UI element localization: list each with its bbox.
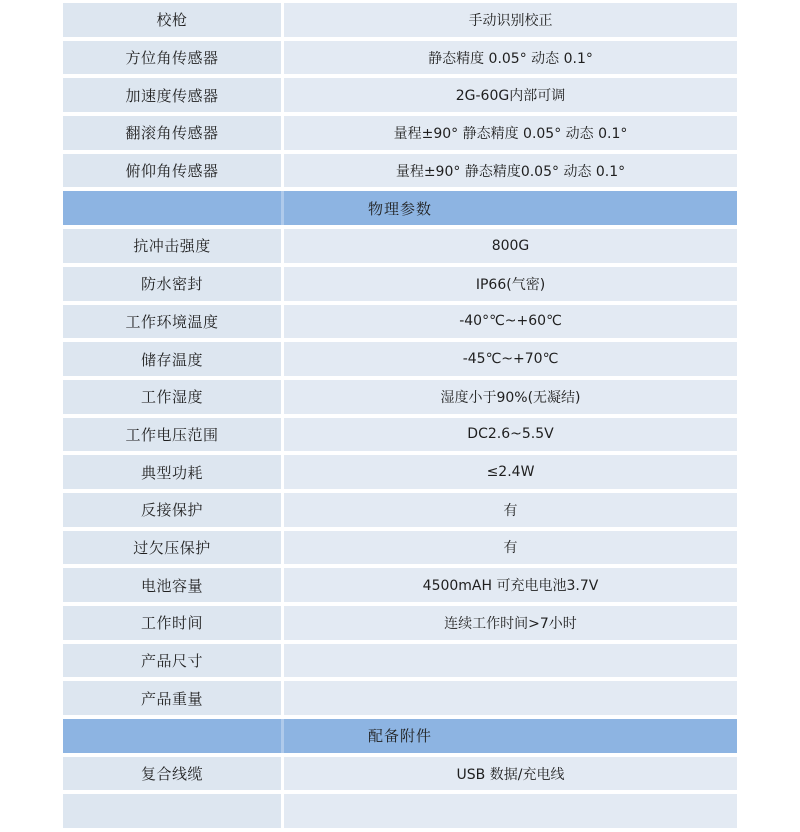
table-row: 储存温度-45℃~+70℃ xyxy=(63,342,737,376)
spec-label: 反接保护 xyxy=(63,493,281,527)
spec-label: 翻滚角传感器 xyxy=(63,116,281,150)
table-row: 防水密封IP66(气密) xyxy=(63,267,737,301)
table-row: 加速度传感器2G-60G内部可调 xyxy=(63,78,737,112)
spec-label: 抗冲击强度 xyxy=(63,229,281,263)
table-row: 抗冲击强度800G xyxy=(63,229,737,263)
spec-value: 800G xyxy=(284,229,737,263)
column-divider-ghost xyxy=(281,719,284,753)
spec-value xyxy=(284,681,737,715)
spec-value: 量程±90° 静态精度 0.05° 动态 0.1° xyxy=(284,116,737,150)
table-row: 过欠压保护有 xyxy=(63,531,737,565)
table-row xyxy=(63,794,737,800)
section-header-row: 物理参数 xyxy=(63,191,737,225)
table-row: 俯仰角传感器量程±90° 静态精度0.05° 动态 0.1° xyxy=(63,154,737,188)
table-row: 翻滚角传感器量程±90° 静态精度 0.05° 动态 0.1° xyxy=(63,116,737,150)
table-row: 典型功耗≤2.4W xyxy=(63,455,737,489)
spec-label: 校枪 xyxy=(63,3,281,37)
table-row: 电池容量4500mAH 可充电电池3.7V xyxy=(63,568,737,602)
spec-label: 方位角传感器 xyxy=(63,41,281,75)
table-row: 产品重量 xyxy=(63,681,737,715)
table-row: 方位角传感器静态精度 0.05° 动态 0.1° xyxy=(63,41,737,75)
spec-value: 4500mAH 可充电电池3.7V xyxy=(284,568,737,602)
spec-label: 防水密封 xyxy=(63,267,281,301)
table-row: 校枪手动识别校正 xyxy=(63,3,737,37)
spec-value: 有 xyxy=(284,531,737,565)
section-title: 物理参数 xyxy=(63,191,737,225)
spec-label: 工作环境温度 xyxy=(63,305,281,339)
spec-value: 2G-60G内部可调 xyxy=(284,78,737,112)
table-row: 工作时间连续工作时间>7小时 xyxy=(63,606,737,640)
table-row: 复合线缆USB 数据/充电线 xyxy=(63,757,737,791)
spec-label: 工作电压范围 xyxy=(63,418,281,452)
spec-value: ≤2.4W xyxy=(284,455,737,489)
spec-value: USB 数据/充电线 xyxy=(284,757,737,791)
spec-label: 产品重量 xyxy=(63,681,281,715)
column-divider-ghost xyxy=(281,191,284,225)
spec-value xyxy=(284,644,737,678)
table-row: 工作电压范围DC2.6~5.5V xyxy=(63,418,737,452)
spec-label: 俯仰角传感器 xyxy=(63,154,281,188)
spec-label: 储存温度 xyxy=(63,342,281,376)
section-title: 配备附件 xyxy=(63,719,737,753)
spec-label: 复合线缆 xyxy=(63,757,281,791)
spec-label: 电池容量 xyxy=(63,568,281,602)
spec-value: -40°℃~+60℃ xyxy=(284,305,737,339)
spec-value: 量程±90° 静态精度0.05° 动态 0.1° xyxy=(284,154,737,188)
spec-label: 工作湿度 xyxy=(63,380,281,414)
spec-value: 手动识别校正 xyxy=(284,3,737,37)
spec-value: -45℃~+70℃ xyxy=(284,342,737,376)
table-row: 反接保护有 xyxy=(63,493,737,527)
spec-value: 静态精度 0.05° 动态 0.1° xyxy=(284,41,737,75)
spec-value: 连续工作时间>7小时 xyxy=(284,606,737,640)
spec-value: IP66(气密) xyxy=(284,267,737,301)
spec-label: 典型功耗 xyxy=(63,455,281,489)
table-row: 工作湿度湿度小于90%(无凝结) xyxy=(63,380,737,414)
spec-value: 有 xyxy=(284,493,737,527)
spec-label: 产品尺寸 xyxy=(63,644,281,678)
table-row: 工作环境温度-40°℃~+60℃ xyxy=(63,305,737,339)
spec-label: 加速度传感器 xyxy=(63,78,281,112)
spec-label xyxy=(63,794,281,800)
spec-label: 工作时间 xyxy=(63,606,281,640)
table-row: 产品尺寸 xyxy=(63,644,737,678)
spec-value xyxy=(284,794,737,800)
spec-value: DC2.6~5.5V xyxy=(284,418,737,452)
spec-label: 过欠压保护 xyxy=(63,531,281,565)
spec-table: 校枪手动识别校正方位角传感器静态精度 0.05° 动态 0.1°加速度传感器2G… xyxy=(63,3,737,800)
section-header-row: 配备附件 xyxy=(63,719,737,753)
spec-value: 湿度小于90%(无凝结) xyxy=(284,380,737,414)
